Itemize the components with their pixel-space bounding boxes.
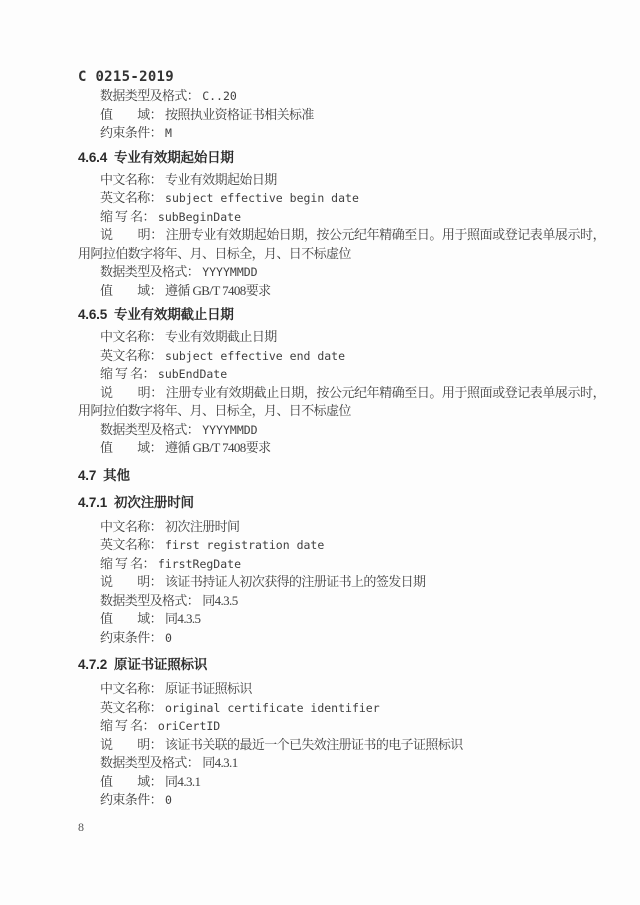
field-label: 值 域： bbox=[100, 107, 162, 122]
field-line: 中文名称：专业有效期起始日期 bbox=[78, 171, 605, 190]
field-line: 数据类型及格式：同4.3.5 bbox=[78, 592, 605, 611]
field-value: subBeginDate bbox=[155, 210, 241, 224]
field-label: 数据类型及格式： bbox=[100, 422, 199, 437]
field-label: 约束条件： bbox=[100, 125, 162, 140]
field-label: 英文名称： bbox=[100, 700, 162, 715]
field-line: 缩 写 名：oriCertID bbox=[78, 717, 605, 736]
field-label: 数据类型及格式： bbox=[100, 88, 199, 103]
field-label: 缩 写 名： bbox=[100, 556, 155, 571]
field-label: 英文名称： bbox=[100, 190, 162, 205]
field-label: 中文名称： bbox=[100, 681, 162, 696]
field-value: 该证书关联的最近一个已失效注册证书的电子证照标识 bbox=[162, 737, 463, 752]
field-value: 0 bbox=[162, 631, 172, 645]
field-label: 中文名称： bbox=[100, 519, 162, 534]
field-line: 中文名称：初次注册时间 bbox=[78, 518, 605, 537]
field-line: 缩 写 名：firstRegDate bbox=[78, 555, 605, 574]
section-number: 4.7.1 bbox=[78, 495, 107, 510]
field-label: 缩 写 名： bbox=[100, 366, 155, 381]
section-body-4-7-1: 中文名称：初次注册时间 英文名称：first registration date… bbox=[78, 518, 605, 648]
field-label: 英文名称： bbox=[100, 348, 162, 363]
field-label: 约束条件： bbox=[100, 630, 162, 645]
field-value: original certificate identifier bbox=[162, 701, 380, 715]
field-label: 值 域： bbox=[100, 440, 162, 455]
field-label: 缩 写 名： bbox=[100, 209, 155, 224]
field-value: 同4.3.1 bbox=[199, 755, 237, 770]
field-value: 同4.3.1 bbox=[162, 774, 200, 789]
field-line: 约束条件：0 bbox=[78, 791, 605, 810]
section-title: 专业有效期起始日期 bbox=[114, 150, 234, 165]
field-line: 缩 写 名：subEndDate bbox=[78, 365, 605, 384]
field-value: first registration date bbox=[162, 538, 324, 552]
field-value: 遵循 GB/T 7408要求 bbox=[162, 440, 270, 455]
field-line: 值 域：遵循 GB/T 7408要求 bbox=[78, 282, 605, 301]
page-number: 8 bbox=[78, 820, 84, 835]
field-line: 英文名称：first registration date bbox=[78, 536, 605, 555]
section-number: 4.6.4 bbox=[78, 150, 107, 165]
field-value: YYYYMMDD bbox=[199, 423, 257, 437]
field-line: 数据类型及格式：YYYYMMDD bbox=[78, 421, 605, 440]
field-line: 值 域：同4.3.1 bbox=[78, 773, 605, 792]
field-line: 英文名称：subject effective end date bbox=[78, 347, 605, 366]
section-heading-4-7-1: 4.7.1初次注册时间 bbox=[78, 493, 605, 512]
field-value: 专业有效期截止日期 bbox=[162, 329, 277, 344]
field-value: 该证书持证人初次获得的注册证书上的签发日期 bbox=[162, 574, 425, 589]
field-value: M bbox=[162, 126, 172, 140]
field-line: 说 明：该证书持证人初次获得的注册证书上的签发日期 bbox=[78, 573, 605, 592]
section-number: 4.7.2 bbox=[78, 657, 107, 672]
field-line: 缩 写 名：subBeginDate bbox=[78, 208, 605, 227]
field-label: 说 明： bbox=[100, 385, 163, 400]
field-line: 中文名称：原证书证照标识 bbox=[78, 680, 605, 699]
section-title: 初次注册时间 bbox=[114, 495, 194, 510]
field-line: 约束条件：0 bbox=[78, 629, 605, 648]
document-page: C 0215-2019 数据类型及格式：C..20 值 域：按照执业资格证书相关… bbox=[0, 0, 640, 905]
field-line: 说 明：注册专业有效期截止日期，按公元纪年精确至日。用于照面或登记表单展示时，用… bbox=[78, 384, 605, 421]
continued-fields-block: 数据类型及格式：C..20 值 域：按照执业资格证书相关标准 约束条件：M bbox=[78, 87, 605, 143]
section-title: 专业有效期截止日期 bbox=[114, 307, 234, 322]
field-line: 说 明：该证书关联的最近一个已失效注册证书的电子证照标识 bbox=[78, 736, 605, 755]
field-value: subEndDate bbox=[155, 367, 227, 381]
section-heading-4-6-5: 4.6.5专业有效期截止日期 bbox=[78, 305, 605, 324]
field-label: 说 明： bbox=[100, 737, 162, 752]
field-value: C..20 bbox=[199, 89, 237, 103]
field-value: firstRegDate bbox=[155, 557, 241, 571]
section-body-4-6-5: 中文名称：专业有效期截止日期 英文名称：subject effective en… bbox=[78, 328, 605, 458]
field-line: 约束条件：M bbox=[78, 124, 605, 143]
field-value: 同4.3.5 bbox=[199, 593, 237, 608]
field-line: 英文名称：subject effective begin date bbox=[78, 189, 605, 208]
running-header: C 0215-2019 bbox=[78, 68, 605, 87]
field-line: 英文名称：original certificate identifier bbox=[78, 699, 605, 718]
field-value: 按照执业资格证书相关标准 bbox=[162, 107, 314, 122]
field-value: 遵循 GB/T 7408要求 bbox=[162, 283, 270, 298]
field-value: 初次注册时间 bbox=[162, 519, 239, 534]
field-label: 英文名称： bbox=[100, 537, 162, 552]
field-line: 数据类型及格式：YYYYMMDD bbox=[78, 263, 605, 282]
field-label: 约束条件： bbox=[100, 792, 162, 807]
field-label: 数据类型及格式： bbox=[100, 755, 199, 770]
field-line: 值 域：遵循 GB/T 7408要求 bbox=[78, 439, 605, 458]
field-line: 值 域：按照执业资格证书相关标准 bbox=[78, 106, 605, 125]
section-body-4-6-4: 中文名称：专业有效期起始日期 英文名称：subject effective be… bbox=[78, 171, 605, 301]
field-label: 值 域： bbox=[100, 611, 162, 626]
field-value: oriCertID bbox=[155, 719, 220, 733]
field-value: subject effective end date bbox=[162, 349, 345, 363]
field-label: 数据类型及格式： bbox=[100, 264, 199, 279]
section-heading-4-7-2: 4.7.2原证书证照标识 bbox=[78, 655, 605, 674]
field-value: subject effective begin date bbox=[162, 191, 359, 205]
field-label: 说 明： bbox=[100, 227, 163, 242]
field-label: 缩 写 名： bbox=[100, 718, 155, 733]
field-value: 0 bbox=[162, 793, 172, 807]
section-number: 4.6.5 bbox=[78, 307, 107, 322]
section-heading-4-7: 4.7其他 bbox=[78, 466, 605, 485]
field-line: 说 明：注册专业有效期起始日期，按公元纪年精确至日。用于照面或登记表单展示时，用… bbox=[78, 226, 605, 263]
field-label: 数据类型及格式： bbox=[100, 593, 199, 608]
field-label: 值 域： bbox=[100, 283, 162, 298]
field-label: 说 明： bbox=[100, 574, 162, 589]
section-title: 其他 bbox=[103, 468, 130, 483]
field-label: 中文名称： bbox=[100, 172, 162, 187]
field-value: 原证书证照标识 bbox=[162, 681, 252, 696]
field-line: 值 域：同4.3.5 bbox=[78, 610, 605, 629]
section-title: 原证书证照标识 bbox=[114, 657, 207, 672]
section-heading-4-6-4: 4.6.4专业有效期起始日期 bbox=[78, 148, 605, 167]
section-body-4-7-2: 中文名称：原证书证照标识 英文名称：original certificate i… bbox=[78, 680, 605, 810]
field-line: 数据类型及格式：同4.3.1 bbox=[78, 754, 605, 773]
field-value: YYYYMMDD bbox=[199, 265, 257, 279]
field-label: 值 域： bbox=[100, 774, 162, 789]
field-value: 同4.3.5 bbox=[162, 611, 200, 626]
field-value: 专业有效期起始日期 bbox=[162, 172, 277, 187]
section-number: 4.7 bbox=[78, 468, 96, 483]
field-line: 数据类型及格式：C..20 bbox=[78, 87, 605, 106]
page-content: C 0215-2019 数据类型及格式：C..20 值 域：按照执业资格证书相关… bbox=[78, 68, 605, 810]
field-label: 中文名称： bbox=[100, 329, 162, 344]
field-line: 中文名称：专业有效期截止日期 bbox=[78, 328, 605, 347]
